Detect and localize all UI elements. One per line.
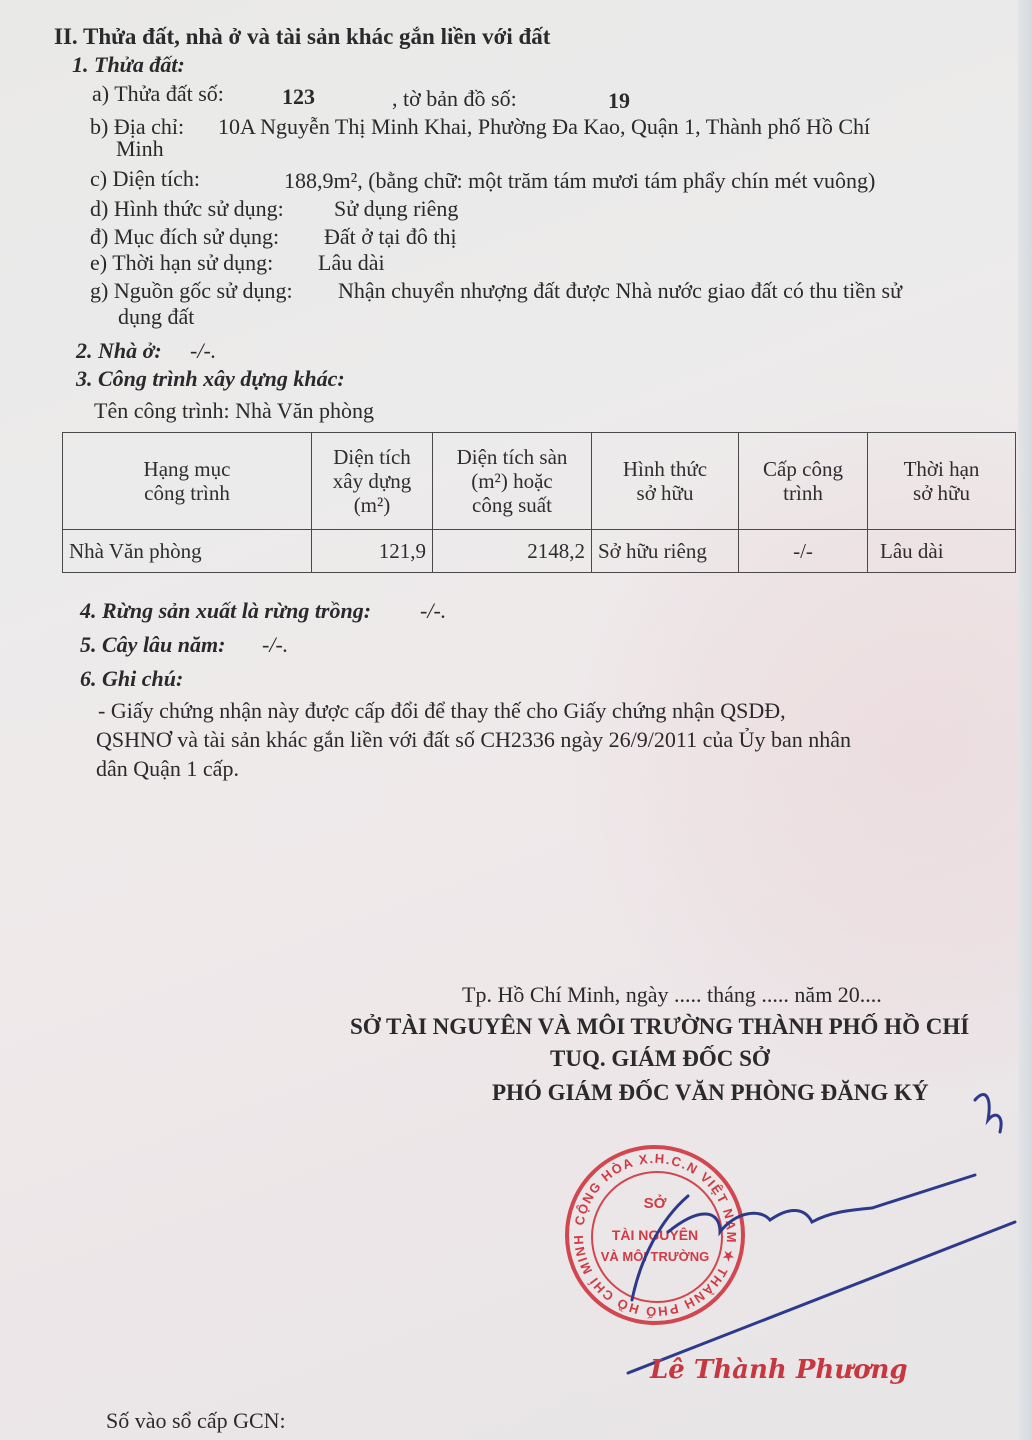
house-value: -/-. xyxy=(190,338,216,364)
construction-table: Hạng mụccông trình Diện tíchxây dựng(m²)… xyxy=(62,432,1016,573)
origin-value-line1: Nhận chuyển nhượng đất được Nhà nước gia… xyxy=(338,278,902,304)
cell-ownership-form: Sở hữu riêng xyxy=(592,530,739,573)
cell-ownership-term: Lâu dài xyxy=(868,530,1016,573)
perennial-heading: 5. Cây lâu năm: xyxy=(80,632,225,658)
registry-label: Số vào sổ cấp GCN: xyxy=(106,1408,286,1434)
signer-name: Lê Thành Phương xyxy=(650,1355,908,1385)
map-sheet-number: 19 xyxy=(608,88,630,114)
origin-label: g) Nguồn gốc sử dụng: xyxy=(90,278,293,304)
col-header-ownership-term: Thời hạnsở hữu xyxy=(868,433,1016,530)
seal-center-line1: SỞ xyxy=(569,1195,741,1212)
term-value: Lâu dài xyxy=(318,250,385,276)
place-date: Tp. Hồ Chí Minh, ngày ..... tháng ..... … xyxy=(462,982,882,1008)
col-header-ownership-form: Hình thứcsở hữu xyxy=(592,433,739,530)
notes-line2: QSHNƠ và tài sản khác gắn liền với đất s… xyxy=(96,727,851,753)
col-header-build-area: Diện tíchxây dựng(m²) xyxy=(312,433,433,530)
forest-value: -/-. xyxy=(420,598,446,624)
on-behalf-title: TUQ. GIÁM ĐỐC SỞ xyxy=(550,1046,770,1072)
usage-form-label: d) Hình thức sử dụng: xyxy=(90,196,284,222)
issuing-agency: SỞ TÀI NGUYÊN VÀ MÔI TRƯỜNG THÀNH PHỐ HỒ… xyxy=(350,1014,969,1040)
notes-line3: dân Quận 1 cấp. xyxy=(96,756,239,782)
land-heading: 1. Thửa đất: xyxy=(72,52,185,78)
official-seal: CỘNG HÒA X.H.C.N VIỆT NAM ★ THÀNH PHỐ HỒ… xyxy=(565,1145,745,1325)
cell-floor-area: 2148,2 xyxy=(433,530,592,573)
map-sheet-label: , tờ bản đồ số: xyxy=(392,86,517,112)
purpose-value: Đất ở tại đô thị xyxy=(324,224,457,250)
notes-heading: 6. Ghi chú: xyxy=(80,666,183,692)
address-line2: Minh xyxy=(116,136,164,162)
seal-center-line2: TÀI NGUYÊN xyxy=(569,1227,741,1243)
cell-build-area: 121,9 xyxy=(312,530,433,573)
forest-heading: 4. Rừng sản xuất là rừng trồng: xyxy=(80,598,371,624)
col-header-grade: Cấp côngtrình xyxy=(739,433,868,530)
address-line1: 10A Nguyễn Thị Minh Khai, Phường Đa Kao,… xyxy=(218,114,870,140)
certificate-page: II. Thửa đất, nhà ở và tài sản khác gắn … xyxy=(0,0,1032,1440)
cell-item: Nhà Văn phòng xyxy=(63,530,312,573)
area-value: 188,9m², (bằng chữ: một trăm tám mươi tá… xyxy=(284,168,875,194)
house-heading: 2. Nhà ở: xyxy=(76,338,162,364)
section-title: II. Thửa đất, nhà ở và tài sản khác gắn … xyxy=(54,24,550,50)
signer-position: PHÓ GIÁM ĐỐC VĂN PHÒNG ĐĂNG KÝ xyxy=(492,1080,929,1106)
term-label: e) Thời hạn sử dụng: xyxy=(90,250,273,276)
table-header-row: Hạng mụccông trình Diện tíchxây dựng(m²)… xyxy=(63,433,1016,530)
col-header-floor-area: Diện tích sàn(m²) hoặccông suất xyxy=(433,433,592,530)
seal-center-line3: VÀ MÔI TRƯỜNG xyxy=(569,1249,741,1264)
perennial-value: -/-. xyxy=(262,632,288,658)
paper-edge xyxy=(1018,0,1032,1440)
area-label: c) Diện tích: xyxy=(90,166,200,192)
cell-grade: -/- xyxy=(739,530,868,573)
origin-value-line2: dụng đất xyxy=(118,304,194,330)
parcel-label: a) Thửa đất số: xyxy=(92,81,224,107)
purpose-label: đ) Mục đích sử dụng: xyxy=(90,224,279,250)
notes-line1: - Giấy chứng nhận này được cấp đổi để th… xyxy=(98,698,786,724)
construction-name: Tên công trình: Nhà Văn phòng xyxy=(94,398,374,424)
col-header-item: Hạng mụccông trình xyxy=(63,433,312,530)
usage-form-value: Sử dụng riêng xyxy=(334,196,458,222)
table-row: Nhà Văn phòng 121,9 2148,2 Sở hữu riêng … xyxy=(63,530,1016,573)
parcel-number: 123 xyxy=(282,84,315,110)
construction-heading: 3. Công trình xây dựng khác: xyxy=(76,366,345,392)
